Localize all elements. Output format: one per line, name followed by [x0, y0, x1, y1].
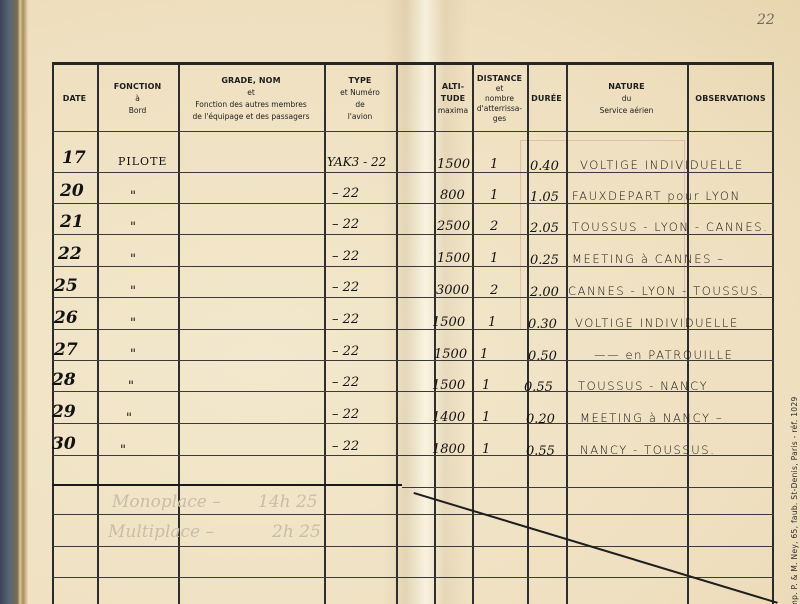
cell-distance: 1 [480, 348, 488, 361]
cell-nature: TOUSSUS - NANCY [578, 381, 708, 393]
cell-type: YAK3 - 22 [327, 156, 386, 168]
cell-date: 22 [58, 246, 82, 263]
cell-altitude: 1500 [432, 316, 465, 329]
cell-distance: 1 [490, 252, 498, 265]
cell-distance: 1 [490, 158, 498, 171]
cell-type: – 22 [332, 408, 359, 421]
cell-altitude: 1500 [437, 158, 470, 171]
col-divider [687, 65, 689, 604]
header-altitude-l2: TUDE [441, 93, 465, 105]
header-type-l4: l'avion [348, 111, 373, 123]
header-nature-l2: du [622, 93, 632, 105]
header-grade: GRADE, NOM et Fonction des autres membre… [178, 66, 324, 132]
header-altitude-l3: maxima [438, 105, 468, 117]
cell-date: 17 [62, 150, 86, 167]
cell-nature: TOUSSUS - LYON - CANNES. [572, 222, 768, 234]
header-grade-l3: Fonction des autres membres [195, 99, 306, 111]
cell-altitude: 1500 [434, 348, 467, 361]
cell-type: – 22 [332, 313, 359, 326]
row-rule [52, 577, 774, 578]
pencil-note-label: Multiplace – [108, 522, 214, 542]
header-fonction-l3: Bord [129, 105, 146, 117]
cell-fonction: " [120, 444, 126, 457]
header-date-label: DATE [63, 93, 87, 105]
cell-nature: VOLTIGE INDIVIDUELLE [575, 318, 739, 330]
cell-nature: —— en PATROUILLE [594, 350, 733, 362]
pencil-note-label: Monoplace – [112, 492, 221, 512]
row-rule [52, 546, 774, 547]
cell-altitude: 1800 [432, 443, 465, 456]
header-type-l3: de [355, 99, 364, 111]
cell-type: – 22 [332, 218, 359, 231]
header-distance-l4: d'atterrissa- [477, 104, 522, 114]
cell-nature: VOLTIGE INDIVIDUELLE [580, 160, 744, 172]
header-distance-l2: et [496, 84, 504, 94]
header-fonction-l1: FONCTION [114, 81, 162, 93]
cell-duree: 0.50 [528, 350, 557, 363]
cell-distance: 1 [490, 189, 498, 202]
printer-imprint: Imp. P. & M. Ney, 65, faub. St-Denis, Pa… [790, 396, 799, 604]
cell-duree: 0.40 [530, 160, 559, 173]
cell-duree: 2.00 [530, 286, 559, 299]
cell-fonction: PILOTE [118, 156, 167, 167]
pencil-note-value: 14h 25 [258, 492, 318, 512]
header-grade-l2: et [247, 87, 255, 99]
cell-date: 20 [60, 183, 84, 200]
col-divider [396, 65, 398, 604]
header-altitude-l1: ALTI- [442, 81, 464, 93]
header-grade-l4: de l'équipage et des passagers [193, 111, 310, 123]
cell-altitude: 1500 [437, 252, 470, 265]
header-duree-label: DURÉE [531, 93, 562, 105]
cell-duree: 2.05 [530, 222, 559, 235]
cell-type: – 22 [332, 187, 359, 200]
header-type-l1: TYPE [349, 75, 372, 87]
header-fonction: FONCTION à Bord [97, 66, 178, 132]
col-divider [566, 65, 568, 604]
cell-date: 26 [54, 310, 78, 327]
cell-duree: 1.05 [530, 191, 559, 204]
cell-nature: NANCY - TOUSSUS. [580, 445, 715, 457]
page-number: 22 [757, 12, 775, 28]
book-spine-edge [0, 0, 28, 604]
cell-fonction: " [130, 221, 136, 234]
cell-type: – 22 [332, 376, 359, 389]
cell-fonction: " [130, 348, 136, 361]
header-altitude: ALTI- TUDE maxima [434, 66, 472, 132]
cell-altitude: 3000 [436, 284, 469, 297]
total-rule [52, 484, 402, 486]
cell-duree: 0.20 [526, 413, 555, 426]
pencil-note-value: 2h 25 [272, 522, 321, 542]
cell-duree: 0.55 [526, 445, 555, 458]
header-distance-l3: nombre [485, 94, 514, 104]
col-divider [527, 65, 529, 604]
cell-fonction: " [130, 190, 136, 203]
cell-fonction: " [126, 412, 132, 425]
col-divider [434, 65, 436, 604]
header-duree: DURÉE [527, 66, 566, 132]
cell-distance: 1 [482, 379, 490, 392]
header-nature-l1: NATURE [608, 81, 644, 93]
col-divider [324, 65, 326, 604]
cell-nature: FAUXDEPART pour LYON [572, 191, 741, 203]
cell-date: 25 [54, 278, 78, 295]
header-nature-l3: Service aérien [600, 105, 654, 117]
cell-date: 27 [54, 342, 78, 359]
cell-type: – 22 [332, 345, 359, 358]
cell-fonction: " [130, 317, 136, 330]
header-grade-l1: GRADE, NOM [221, 75, 280, 87]
header-fonction-l2: à [135, 93, 140, 105]
col-divider [472, 65, 474, 604]
cell-distance: 2 [490, 220, 498, 233]
row-rule [52, 203, 774, 204]
header-observations-label: OBSERVATIONS [695, 93, 765, 105]
header-distance-l5: ges [493, 114, 506, 124]
header-date: DATE [52, 66, 97, 132]
col-divider [97, 65, 99, 604]
row-rule [402, 487, 774, 488]
cell-date: 28 [52, 372, 76, 389]
cell-duree: 0.25 [530, 254, 559, 267]
cell-type: – 22 [332, 440, 359, 453]
cell-nature: MEETING à NANCY – [580, 413, 723, 425]
cell-nature: MEETING à CANNES – [572, 254, 725, 266]
header-type-l2: et Numéro [340, 87, 380, 99]
cell-duree: 0.55 [524, 381, 553, 394]
cell-date: 29 [52, 404, 76, 421]
row-rule [52, 514, 774, 515]
cell-date: 30 [52, 436, 76, 453]
row-rule [52, 234, 774, 235]
cell-distance: 1 [488, 316, 496, 329]
cell-date: 21 [60, 214, 84, 231]
cell-duree: 0.30 [528, 318, 557, 331]
row-rule [52, 266, 774, 267]
cell-distance: 1 [482, 443, 490, 456]
cell-altitude: 1500 [432, 379, 465, 392]
cell-distance: 1 [482, 411, 490, 424]
header-distance-l1: DISTANCE [477, 74, 522, 84]
cell-fonction: " [130, 285, 136, 298]
cell-fonction: " [128, 380, 134, 393]
header-nature: NATURE du Service aérien [566, 66, 687, 132]
cell-fonction: " [130, 253, 136, 266]
row-rule [52, 172, 774, 173]
cell-nature: CANNES - LYON - TOUSSUS. [568, 286, 764, 298]
cell-altitude: 800 [440, 189, 465, 202]
header-observations: OBSERVATIONS [687, 66, 774, 132]
header-distance: DISTANCE et nombre d'atterrissa- ges [472, 66, 527, 132]
cell-type: – 22 [332, 250, 359, 263]
cell-altitude: 1400 [432, 411, 465, 424]
cell-distance: 2 [490, 284, 498, 297]
cell-altitude: 2500 [437, 220, 470, 233]
header-type: TYPE et Numéro de l'avion [324, 66, 396, 132]
cell-type: – 22 [332, 281, 359, 294]
